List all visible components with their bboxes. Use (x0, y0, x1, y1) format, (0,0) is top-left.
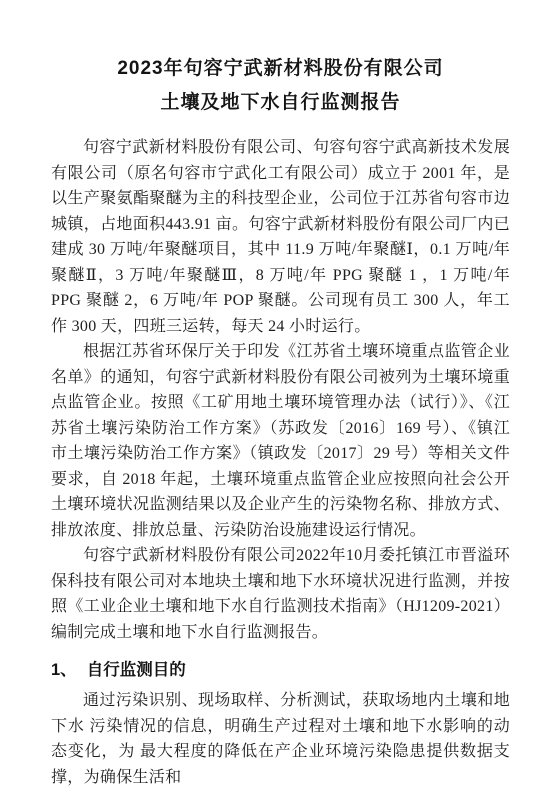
paragraph-regulatory-background: 根据江苏省环保厅关于印发《江苏省土壤环境重点监管企业名单》的通知，句容宁武新材料… (51, 339, 510, 543)
report-title-line2: 土壤及地下水自行监测报告 (51, 92, 510, 114)
paragraph-monitoring-commission: 句容宁武新材料股份有限公司2022年10月委托镇江市晋溢环保科技有限公司对本地块… (51, 543, 510, 645)
section-1-title: 自行监测目的 (87, 661, 186, 679)
report-title-line1: 2023年句容宁武新材料股份有限公司 (51, 58, 510, 80)
report-page: 2023年句容宁武新材料股份有限公司 土壤及地下水自行监测报告 句容宁武新材料股… (0, 0, 558, 804)
paragraph-company-introduction: 句容宁武新材料股份有限公司、句容句容宁武高新技术发展有限公司（原名句容市宁武化工… (51, 135, 510, 339)
section-1-heading: 1、自行监测目的 (51, 658, 510, 682)
section-1-number: 1、 (51, 661, 77, 679)
paragraph-monitoring-purpose: 通过污染识别、现场取样、分析测试，获取场地内土壤和地下水 污染情况的信息，明确生… (51, 688, 510, 790)
document-content: 2023年句容宁武新材料股份有限公司 土壤及地下水自行监测报告 句容宁武新材料股… (51, 58, 510, 790)
